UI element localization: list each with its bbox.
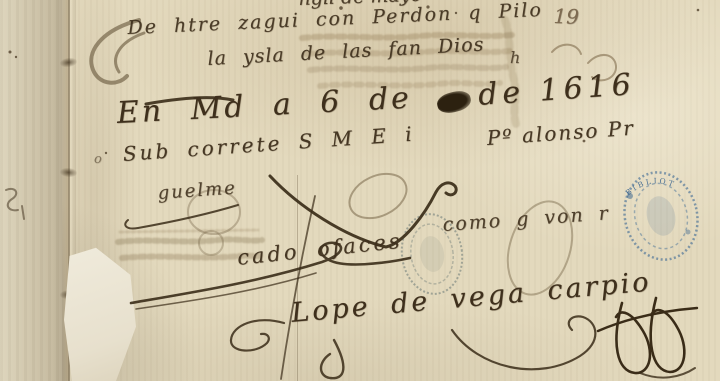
ink-blot (435, 88, 473, 116)
svg-text:BIBLIOT: BIBLIOT (624, 176, 677, 197)
paper-crease (297, 175, 298, 381)
adjacent-page-edge (0, 0, 62, 381)
margin-mark: o (94, 152, 102, 167)
handwritten-line-6: cado ofaces (236, 229, 404, 270)
signature-underloop (452, 316, 595, 369)
handwritten-line-3-date: En Md a 6 de (116, 81, 413, 131)
diagonal-stroke (281, 196, 315, 379)
stamp-arc-text: BIBLIOT (624, 176, 677, 197)
library-stamp-blue: BIBLIOT (615, 165, 706, 268)
signature-rubric (598, 298, 697, 378)
stitch-mark (60, 167, 78, 177)
squiggle-mark (231, 320, 284, 350)
guelme-underflourish (125, 205, 238, 228)
handwritten-tick: h (510, 48, 520, 67)
handwritten-line-5: guelme (157, 177, 238, 203)
handwritten-line-6-right: como g von r (442, 202, 610, 236)
handwritten-line-2: la ysla de las fan Dios (207, 33, 485, 69)
signature-lope-de-vega: Lope de vega carpio (290, 267, 653, 329)
handwritten-line-4-name: Pº alonso Pr (486, 116, 635, 150)
handwritten-line-3-year: de 1616 (477, 67, 637, 113)
signature-descender (321, 340, 343, 378)
repair-patch (60, 245, 140, 381)
manuscript-page: BIBLIOT (0, 0, 720, 381)
folio-number: 19 (553, 4, 579, 29)
